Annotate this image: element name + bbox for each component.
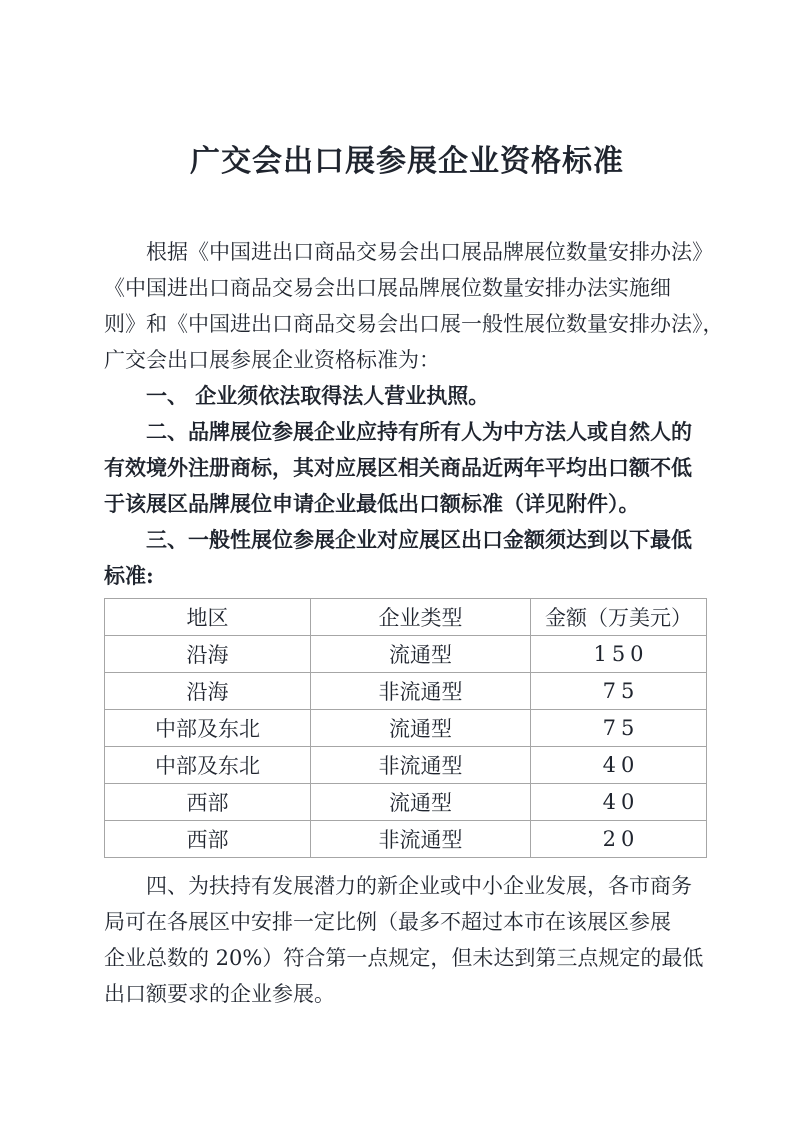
- header-enterprise-type: 企业类型: [311, 599, 531, 636]
- clause-3-paragraph: 三、一般性展位参展企业对应展区出口金额须达到以下最低 标准:: [104, 522, 710, 594]
- table-row: 西部 流通型 40: [105, 784, 707, 821]
- paragraph-line: 局可在各展区中安排一定比例（最多不超过本市在该展区参展: [104, 904, 710, 940]
- cell-type: 非流通型: [311, 673, 531, 710]
- cell-type: 流通型: [311, 784, 531, 821]
- cell-region: 沿海: [105, 636, 311, 673]
- paragraph-line: 则》和《中国进出口商品交易会出口展一般性展位数量安排办法》，: [104, 306, 710, 342]
- paragraph-line: 一、 企业须依法取得法人营业执照。: [104, 378, 710, 414]
- table-row: 沿海 流通型 150: [105, 636, 707, 673]
- cell-region: 中部及东北: [105, 747, 311, 784]
- table-row: 中部及东北 非流通型 40: [105, 747, 707, 784]
- cell-type: 流通型: [311, 710, 531, 747]
- paragraph-line: 三、一般性展位参展企业对应展区出口金额须达到以下最低: [104, 522, 710, 558]
- cell-region: 西部: [105, 784, 311, 821]
- paragraph-line: 企业总数的 20%）符合第一点规定，但未达到第三点规定的最低: [104, 940, 710, 976]
- paragraph-line: 四、为扶持有发展潜力的新企业或中小企业发展，各市商务: [104, 868, 710, 904]
- cell-type: 非流通型: [311, 821, 531, 858]
- cell-amount: 150: [531, 636, 707, 673]
- header-region: 地区: [105, 599, 311, 636]
- paragraph-line: 根据《中国进出口商品交易会出口展品牌展位数量安排办法》: [104, 234, 710, 270]
- cell-type: 非流通型: [311, 747, 531, 784]
- paragraph-line: 出口额要求的企业参展。: [104, 976, 710, 1012]
- cell-region: 西部: [105, 821, 311, 858]
- header-amount: 金额（万美元）: [531, 599, 707, 636]
- paragraph-line: 于该展区品牌展位申请企业最低出口额标准（详见附件）。: [104, 486, 710, 522]
- document-title: 广交会出口展参展企业资格标准: [104, 140, 710, 184]
- export-standards-table: 地区 企业类型 金额（万美元） 沿海 流通型 150 沿海 非流通型 75 中部…: [104, 598, 707, 858]
- intro-paragraph: 根据《中国进出口商品交易会出口展品牌展位数量安排办法》 《中国进出口商品交易会出…: [104, 234, 710, 378]
- document-page: 广交会出口展参展企业资格标准 根据《中国进出口商品交易会出口展品牌展位数量安排办…: [0, 0, 793, 1122]
- table-row: 中部及东北 流通型 75: [105, 710, 707, 747]
- cell-region: 中部及东北: [105, 710, 311, 747]
- cell-amount: 20: [531, 821, 707, 858]
- paragraph-line: 有效境外注册商标，其对应展区相关商品近两年平均出口额不低: [104, 450, 710, 486]
- cell-type: 流通型: [311, 636, 531, 673]
- cell-amount: 40: [531, 747, 707, 784]
- table-row: 沿海 非流通型 75: [105, 673, 707, 710]
- cell-amount: 75: [531, 673, 707, 710]
- cell-region: 沿海: [105, 673, 311, 710]
- document-body: 根据《中国进出口商品交易会出口展品牌展位数量安排办法》 《中国进出口商品交易会出…: [104, 234, 710, 1012]
- table-header-row: 地区 企业类型 金额（万美元）: [105, 599, 707, 636]
- cell-amount: 75: [531, 710, 707, 747]
- paragraph-line: 标准:: [104, 558, 710, 594]
- paragraph-line: 二、品牌展位参展企业应持有所有人为中方法人或自然人的: [104, 414, 710, 450]
- clause-1-paragraph: 一、 企业须依法取得法人营业执照。: [104, 378, 710, 414]
- paragraph-line: 广交会出口展参展企业资格标准为：: [104, 342, 710, 378]
- clause-4-paragraph: 四、为扶持有发展潜力的新企业或中小企业发展，各市商务 局可在各展区中安排一定比例…: [104, 868, 710, 1012]
- cell-amount: 40: [531, 784, 707, 821]
- paragraph-line: 《中国进出口商品交易会出口展品牌展位数量安排办法实施细: [104, 270, 710, 306]
- table-row: 西部 非流通型 20: [105, 821, 707, 858]
- clause-2-paragraph: 二、品牌展位参展企业应持有所有人为中方法人或自然人的 有效境外注册商标，其对应展…: [104, 414, 710, 522]
